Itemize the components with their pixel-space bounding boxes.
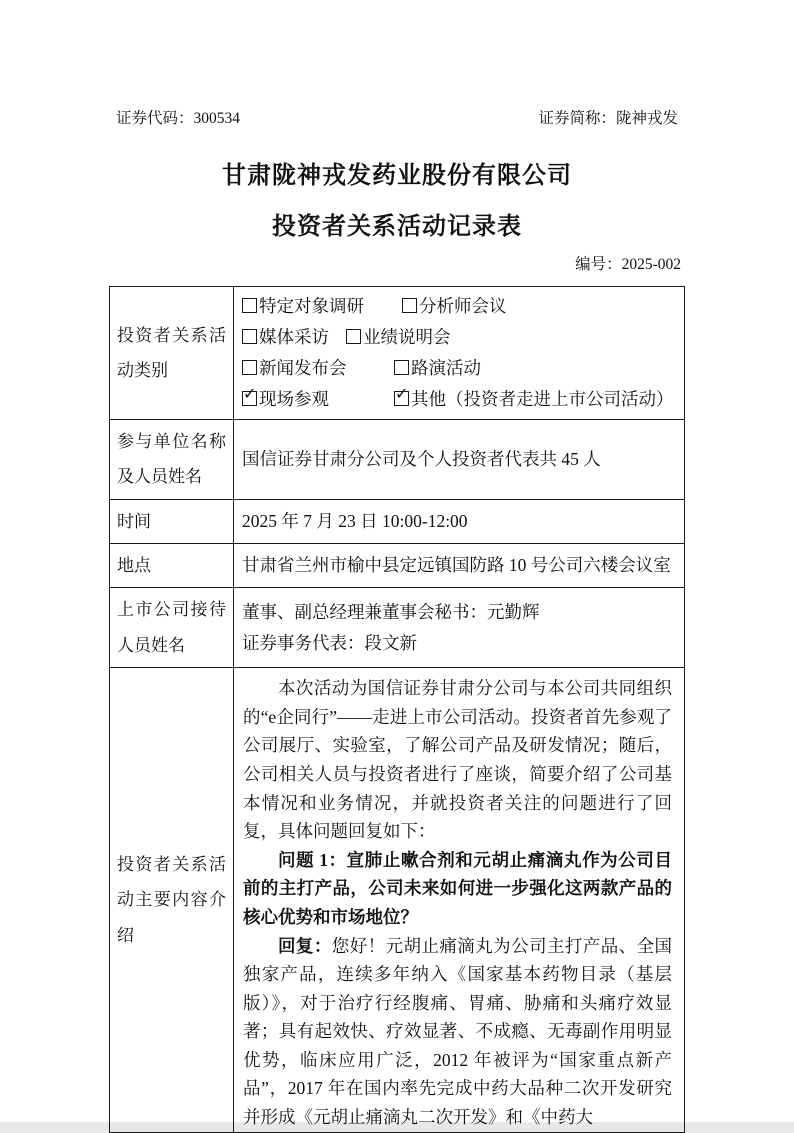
investor-relations-table: 投资者关系活动类别 特定对象调研分析师会议 媒体采访业绩说明会 新闻发布会路演活… xyxy=(109,286,685,1133)
option-label: 特定对象调研 xyxy=(259,296,364,316)
reception-label: 上市公司接待人员姓名 xyxy=(110,588,234,668)
participants-value: 国信证券甘肃分公司及个人投资者代表共 45 人 xyxy=(234,420,685,500)
document-title: 投资者关系活动记录表 xyxy=(0,206,794,241)
checkbox-icon xyxy=(242,360,257,375)
row-main-content: 投资者关系活动主要内容介绍 本次活动为国信证券甘肃分公司与本公司共同组织的“e企… xyxy=(110,668,685,1133)
option-special-object-survey: 特定对象调研 xyxy=(242,291,402,322)
row-time: 时间 2025 年 7 月 23 日 10:00-12:00 xyxy=(110,499,685,543)
option-label: 分析师会议 xyxy=(419,296,507,316)
time-value: 2025 年 7 月 23 日 10:00-12:00 xyxy=(234,499,685,543)
checkbox-icon xyxy=(394,360,409,375)
question-1-paragraph: 问题 1：宣肺止嗽合剂和元胡止痛滴丸作为公司目前的主打产品，公司未来如何进一步强… xyxy=(243,846,672,932)
time-label: 时间 xyxy=(110,499,234,543)
option-label: 媒体采访 xyxy=(259,327,329,347)
option-press-conference: 新闻发布会 xyxy=(242,353,394,384)
location-label: 地点 xyxy=(110,544,234,588)
option-label: 其他（投资者走进上市公司活动） xyxy=(411,389,674,409)
option-label: 业绩说明会 xyxy=(363,327,451,347)
option-label: 现场参观 xyxy=(259,389,329,409)
reception-line1: 董事、副总经理兼董事会秘书：元勤辉 xyxy=(242,597,674,628)
answer-prefix: 回复： xyxy=(278,936,332,956)
checkbox-checked-icon: ✓ xyxy=(242,391,257,406)
checkbox-line: 新闻发布会路演活动 xyxy=(242,353,674,384)
checkbox-line: ✓现场参观✓其他（投资者走进上市公司活动） xyxy=(242,384,674,415)
stock-code: 证券代码：300534 xyxy=(116,110,240,128)
option-site-visit: ✓现场参观 xyxy=(242,384,394,415)
option-label: 新闻发布会 xyxy=(259,358,347,378)
checkbox-icon xyxy=(346,329,361,344)
option-earnings-briefing: 业绩说明会 xyxy=(346,322,451,353)
location-value: 甘肃省兰州市榆中县定远镇国防路 10 号公司六楼会议室 xyxy=(234,544,685,588)
checkbox-icon xyxy=(402,298,417,313)
option-analyst-meeting: 分析师会议 xyxy=(402,291,507,322)
document-page: 证券代码：300534 证券简称：陇神戎发 甘肃陇神戎发药业股份有限公司 投资者… xyxy=(0,0,794,1122)
doc-number: 编号：2025-002 xyxy=(113,252,681,274)
option-media-interview: 媒体采访 xyxy=(242,322,346,353)
row-reception-staff: 上市公司接待人员姓名 董事、副总经理兼董事会秘书：元勤辉 证券事务代表：段文新 xyxy=(110,588,685,668)
option-other: ✓其他（投资者走进上市公司活动） xyxy=(394,384,674,415)
reception-value: 董事、副总经理兼董事会秘书：元勤辉 证券事务代表：段文新 xyxy=(234,588,685,668)
stock-abbr: 证券简称：陇神戎发 xyxy=(538,110,678,128)
content-body: 本次活动为国信证券甘肃分公司与本公司共同组织的“e企同行”——走进上市公司活动。… xyxy=(234,668,685,1133)
option-roadshow: 路演活动 xyxy=(394,353,481,384)
row-activity-type: 投资者关系活动类别 特定对象调研分析师会议 媒体采访业绩说明会 新闻发布会路演活… xyxy=(110,287,685,420)
checkbox-line: 媒体采访业绩说明会 xyxy=(242,322,674,353)
reception-line2: 证券事务代表：段文新 xyxy=(242,628,674,659)
checkbox-checked-icon: ✓ xyxy=(394,391,409,406)
option-label: 路演活动 xyxy=(411,358,481,378)
content-label: 投资者关系活动主要内容介绍 xyxy=(110,668,234,1133)
checkbox-icon xyxy=(242,329,257,344)
row-location: 地点 甘肃省兰州市榆中县定远镇国防路 10 号公司六楼会议室 xyxy=(110,544,685,588)
checkbox-line: 特定对象调研分析师会议 xyxy=(242,291,674,322)
content-intro-paragraph: 本次活动为国信证券甘肃分公司与本公司共同组织的“e企同行”——走进上市公司活动。… xyxy=(243,674,672,846)
company-title: 甘肃陇神戎发药业股份有限公司 xyxy=(0,155,794,190)
row-participants: 参与单位名称及人员姓名 国信证券甘肃分公司及个人投资者代表共 45 人 xyxy=(110,420,685,500)
checkbox-icon xyxy=(242,298,257,313)
answer-1-paragraph: 回复：您好！元胡止痛滴丸为公司主打产品、全国独家产品，连续多年纳入《国家基本药物… xyxy=(243,932,672,1132)
activity-type-label: 投资者关系活动类别 xyxy=(110,287,234,420)
answer-body: 您好！元胡止痛滴丸为公司主打产品、全国独家产品，连续多年纳入《国家基本药物目录（… xyxy=(243,936,672,1128)
participants-label: 参与单位名称及人员姓名 xyxy=(110,420,234,500)
doc-header: 证券代码：300534 证券简称：陇神戎发 xyxy=(116,0,678,128)
activity-type-options: 特定对象调研分析师会议 媒体采访业绩说明会 新闻发布会路演活动 ✓现场参观✓其他… xyxy=(234,287,685,420)
